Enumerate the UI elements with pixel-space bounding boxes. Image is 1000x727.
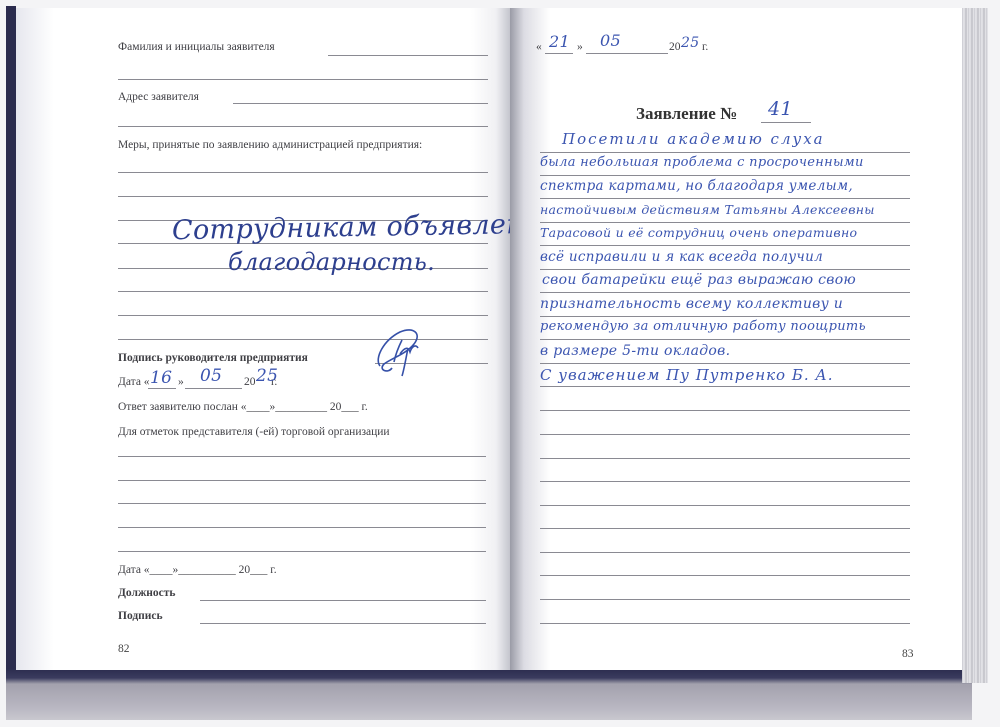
applicant-address-line — [233, 103, 488, 104]
date-year-prefix: 20 — [669, 41, 681, 53]
text-line — [540, 152, 910, 153]
measures-line — [118, 196, 488, 197]
measures-line — [118, 172, 488, 173]
handwritten-date-month: 05 — [200, 366, 222, 386]
manager-signature-label: Подпись руководителя предприятия — [118, 352, 308, 364]
date-label: Дата « — [118, 376, 150, 388]
text-line — [540, 575, 910, 576]
handwritten-line: рекомендую за отличную работу поощрить — [540, 319, 866, 334]
handwritten-line: настойчивым действиям Татьяны Алексеевны — [540, 202, 875, 217]
signature-label: Подпись — [118, 610, 163, 622]
manager-signature-icon — [370, 318, 440, 378]
date-open-quote: « — [536, 41, 542, 53]
trade-rep-line — [118, 551, 486, 552]
handwritten-date-month: 05 — [600, 31, 621, 50]
applicant-name-line — [328, 55, 488, 56]
trade-rep-line — [118, 527, 486, 528]
handwritten-line: признательность всему коллективу и — [540, 296, 843, 312]
applicant-name-label: Фамилия и инициалы заявителя — [118, 41, 275, 53]
trade-rep-line — [118, 503, 486, 504]
text-line — [540, 434, 910, 435]
text-line — [540, 363, 910, 364]
text-line — [540, 599, 910, 600]
signature-line — [200, 623, 486, 624]
reply-sent-label: Ответ заявителю послан «____»_________ 2… — [118, 401, 368, 413]
book-spread: Фамилия и инициалы заявителя Адрес заяви… — [0, 0, 1000, 727]
date-year-prefix: 20 — [244, 376, 256, 388]
handwritten-line-closing: С уважением Пу Путренко Б. А. — [540, 366, 834, 384]
text-line — [540, 410, 910, 411]
handwritten-line: всё исправили и я как всегда получил — [540, 249, 823, 265]
trade-rep-line — [118, 480, 486, 481]
application-title: Заявление № — [636, 104, 737, 124]
date2-label: Дата «____»__________ 20___ г. — [118, 564, 277, 576]
text-line — [540, 316, 910, 317]
trade-rep-label: Для отметок представителя (-ей) торговой… — [118, 426, 390, 438]
handwritten-line: свои батарейки ещё раз выражаю свою — [542, 272, 856, 288]
position-label: Должность — [118, 587, 176, 599]
date-day-line — [545, 53, 573, 54]
handwritten-line: Тарасовой и её сотрудниц очень оперативн… — [540, 225, 857, 240]
book-cover-bottom-edge — [6, 668, 972, 720]
date-g: г. — [702, 41, 708, 53]
page-number-left: 82 — [118, 643, 130, 655]
handwritten-application-number: 41 — [768, 98, 793, 120]
handwritten-line: в размере 5-ти окладов. — [540, 343, 730, 359]
text-line — [540, 623, 910, 624]
date-month-line — [185, 388, 242, 389]
handwritten-date-year: 25 — [256, 366, 278, 386]
text-line — [540, 528, 910, 529]
text-line — [540, 458, 910, 459]
text-line — [540, 245, 910, 246]
handwritten-line: Посетили академию слуха — [562, 130, 825, 148]
handwritten-date-day: 21 — [549, 32, 570, 51]
date-day-line — [148, 388, 176, 389]
page-stack-edge — [962, 8, 988, 683]
text-line — [540, 505, 910, 506]
measures-line — [118, 315, 488, 316]
measures-line — [118, 291, 488, 292]
handwritten-line: спектра картами, но благодаря умелым, — [540, 178, 853, 194]
applicant-name-line-2 — [118, 79, 488, 80]
handwritten-line: была небольшая проблема с просроченными — [540, 155, 864, 170]
handwritten-date-day: 16 — [150, 368, 172, 388]
handwritten-measures-line-1: Сотрудникам объявлена — [172, 209, 541, 246]
date-month-line — [586, 53, 668, 54]
text-line — [540, 175, 910, 176]
applicant-address-line-2 — [118, 126, 488, 127]
text-line — [540, 269, 910, 270]
book-cover-left-edge — [6, 6, 16, 706]
text-line — [540, 198, 910, 199]
page-number-right: 83 — [902, 648, 914, 660]
measures-label: Меры, принятые по заявлению администраци… — [118, 139, 422, 151]
text-line — [540, 552, 910, 553]
text-line — [540, 339, 910, 340]
trade-rep-line — [118, 456, 486, 457]
date-quote-close: » — [178, 376, 184, 388]
text-line — [540, 292, 910, 293]
handwritten-measures-line-2: благодарность. — [228, 248, 435, 276]
position-line — [200, 600, 486, 601]
application-number-line — [761, 122, 811, 123]
handwritten-date-year: 25 — [681, 35, 699, 51]
text-line — [540, 222, 910, 223]
applicant-address-label: Адрес заявителя — [118, 91, 199, 103]
text-line — [540, 481, 910, 482]
text-line — [540, 386, 910, 387]
date-close-quote: » — [577, 41, 583, 53]
